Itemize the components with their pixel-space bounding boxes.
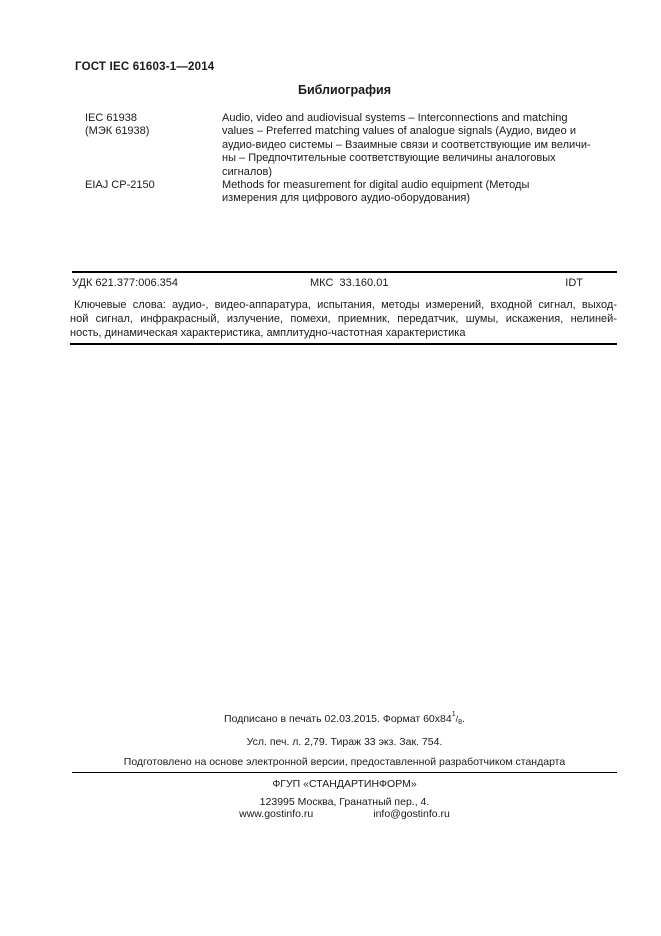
bib-desc-line: Methods for measurement for digital audi… (222, 179, 595, 192)
bib-ref-line: EIAJ CP-2150 (85, 179, 222, 192)
bibliography-list: IEC 61938 (МЭК 61938) Audio, video and a… (85, 112, 595, 206)
publisher-website: www.gostinfo.ru (239, 808, 313, 820)
divider-rule (72, 772, 617, 773)
imprint-signed-prefix: Подписано в печать 02.03.2015. Формат 60… (224, 713, 452, 725)
bib-desc-line: измерения для цифрового аудио-оборудован… (222, 192, 595, 205)
publisher-name: ФГУП «СТАНДАРТИНФОРМ» (72, 778, 617, 790)
bibliography-entry: IEC 61938 (МЭК 61938) Audio, video and a… (85, 112, 595, 179)
bib-ref-line: IEC 61938 (85, 112, 222, 125)
keywords-paragraph: Ключевые слова: аудио-, видео-аппаратура… (70, 298, 617, 340)
keywords-line: ность, динамическая характеристика, ампл… (70, 326, 617, 340)
idt-label: IDT (565, 277, 583, 289)
imprint-prepared-note: Подготовлено на основе электронной верси… (72, 756, 617, 768)
bib-desc-line: аудио-видео системы – Взаимные связи и с… (222, 139, 595, 152)
bib-desc-line: ны – Предпочтительные соответствующие ве… (222, 152, 595, 165)
bibliography-entry: EIAJ CP-2150 Methods for measurement for… (85, 179, 595, 206)
publisher-email: info@gostinfo.ru (373, 808, 450, 820)
keywords-line: Ключевые слова: аудио-, видео-аппаратура… (70, 298, 617, 312)
publisher-address: 123995 Москва, Гранатный пер., 4. (72, 796, 617, 808)
udk-code: УДК 621.377:006.354 (72, 277, 178, 289)
imprint-print-info: Усл. печ. л. 2,79. Тираж 33 экз. Зак. 75… (72, 736, 617, 748)
standard-number: ГОСТ IEC 61603-1—2014 (75, 61, 214, 73)
bib-entry-description: Audio, video and audiovisual systems – I… (222, 112, 595, 179)
classification-row: УДК 621.377:006.354 МКС 33.160.01 IDT (72, 277, 617, 291)
keywords-line: ной сигнал, инфракрасный, излучение, пом… (70, 312, 617, 326)
mks-code: МКС 33.160.01 (310, 277, 388, 289)
imprint-signed-line: Подписано в печать 02.03.2015. Формат 60… (72, 713, 617, 725)
document-page: ГОСТ IEC 61603-1—2014 Библиография IEC 6… (0, 0, 661, 936)
bib-entry-reference: EIAJ CP-2150 (85, 179, 222, 206)
bib-ref-line: (МЭК 61938) (85, 125, 222, 138)
section-title: Библиография (72, 83, 617, 97)
bib-entry-reference: IEC 61938 (МЭК 61938) (85, 112, 222, 179)
publisher-contacts: www.gostinfo.ru info@gostinfo.ru (72, 808, 617, 820)
bib-desc-line: сигналов) (222, 166, 595, 179)
bib-desc-line: Audio, video and audiovisual systems – I… (222, 112, 595, 125)
divider-rule (70, 343, 617, 345)
bib-desc-line: values – Preferred matching values of an… (222, 125, 595, 138)
imprint-signed-suffix: . (462, 713, 465, 725)
bib-entry-description: Methods for measurement for digital audi… (222, 179, 595, 206)
divider-rule (72, 271, 617, 273)
